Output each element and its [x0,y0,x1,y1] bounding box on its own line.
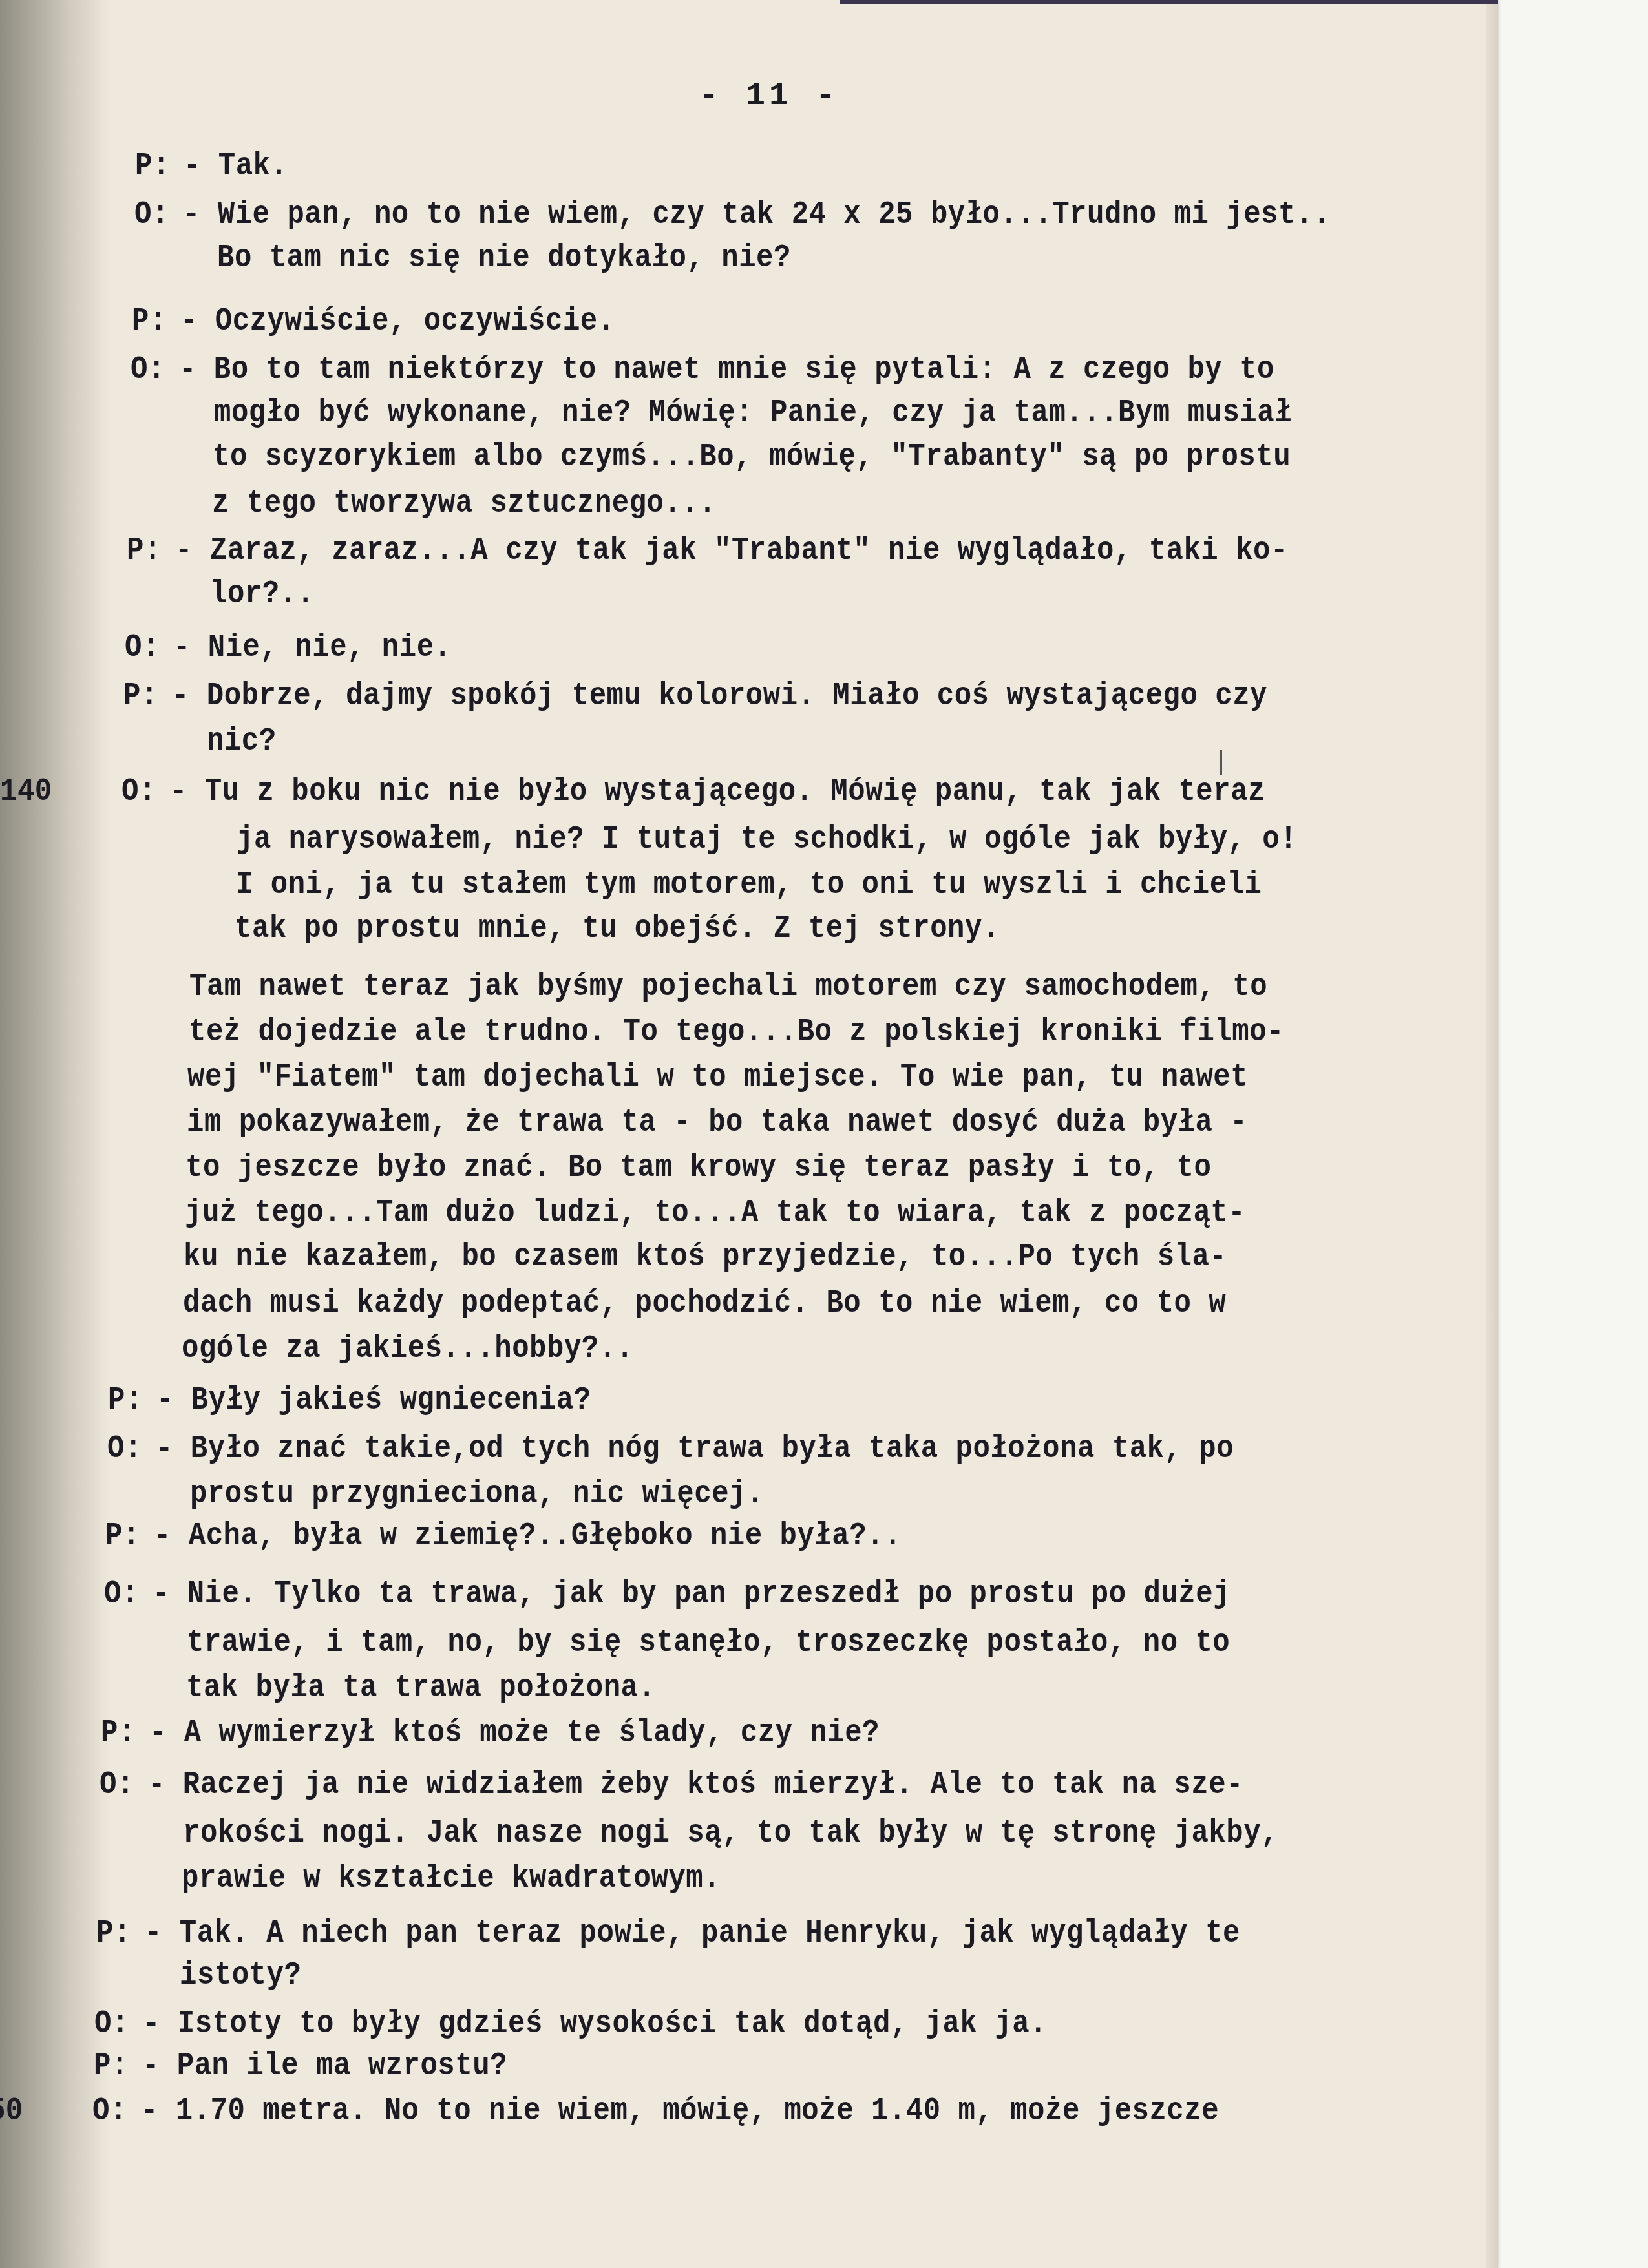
utterance-text: - 1.70 metra. No to nie wiem, mówię, moż… [141,2094,1219,2130]
utterance-text: im pokazywałem, że trawa ta - bo taka na… [187,1105,1247,1141]
utterance-text: ogóle za jakieś...hobby?.. [182,1331,634,1367]
speaker-label: O: [134,197,169,233]
utterance-text: - Oczywiście, oczywiście. [180,304,615,340]
utterance-text: Bo tam nic się nie dotykało, nie? [217,240,791,277]
speaker-label: P: [123,678,158,715]
speaker-label: O: [121,774,156,810]
margin-line-number: 140 [0,774,52,810]
utterance-text: Tam nawet teraz jak byśmy pojechali moto… [189,969,1267,1005]
speaker-label: P: [127,533,162,569]
utterance-text: - Były jakieś wgniecenia? [156,1383,591,1419]
utterance-text: - Tak. A niech pan teraz powie, panie He… [145,1916,1240,1952]
speaker-label: P: [96,1916,131,1952]
utterance-text: nic? [207,724,277,760]
utterance-text: - Nie, nie, nie. [173,630,451,666]
speaker-label: O: [125,630,160,666]
speaker-label: O: [104,1577,139,1613]
speaker-label: O: [100,1767,134,1803]
utterance-text: - Dobrze, dajmy spokój temu kolorowi. Mi… [172,678,1267,715]
utterance-text: rokości nogi. Jak nasze nogi są, to tak … [183,1816,1278,1852]
typewritten-page: - 11 - P:- Tak.O:- Wie pan, no to nie wi… [0,0,1498,2268]
utterance-text: prostu przygnieciona, nic więcej. [190,1476,764,1513]
utterance-text: mogło być wykonane, nie? Mówię: Panie, c… [214,395,1292,432]
utterance-text: - Bo to tam niektórzy to nawet mnie się … [179,352,1274,388]
utterance-text: prawie w kształcie kwadratowym. [182,1861,721,1897]
utterance-text: - Wie pan, no to nie wiem, czy tak 24 x … [183,197,1331,233]
utterance-text: trawie, i tam, no, by się stanęło, trosz… [187,1625,1230,1661]
page-right-edge [1486,4,1498,2268]
utterance-text: - Nie. Tylko ta trawa, jak by pan przesz… [153,1577,1231,1613]
speaker-label: P: [94,2048,129,2084]
utterance-text: - Zaraz, zaraz...A czy tak jak "Trabant"… [175,533,1288,569]
utterance-text: - Pan ile ma wzrostu? [142,2048,507,2084]
utterance-text: z tego tworzywa sztucznego... [212,486,716,522]
margin-line-number: 150 [0,2094,23,2130]
utterance-text: - A wymierzył ktoś może te ślady, czy ni… [149,1716,880,1752]
utterance-text: I oni, ja tu stałem tym motorem, to oni … [236,867,1262,903]
speaker-label: O: [131,352,165,388]
utterance-text: też dojedzie ale trudno. To tego...Bo z … [189,1014,1284,1051]
page-number: - 11 - [646,78,892,114]
utterance-text: wej "Fiatem" tam dojechali w to miejsce.… [187,1060,1248,1096]
utterance-text: to jeszcze było znać. Bo tam krowy się t… [185,1150,1211,1186]
speaker-label: P: [135,149,170,185]
utterance-text: istoty? [180,1958,301,1994]
utterance-text: ku nie kazałem, bo czasem ktoś przyjedzi… [184,1239,1227,1276]
utterance-text: - Istoty to były gdzieś wysokości tak do… [143,2006,1047,2042]
speaker-label: O: [107,1431,142,1467]
utterance-text: już tego...Tam dużo ludzi, to...A tak to… [185,1195,1245,1232]
speaker-label: O: [92,2094,127,2130]
speaker-label: P: [105,1518,140,1555]
utterance-text: - Acha, była w ziemię?..Głęboko nie była… [154,1518,902,1555]
utterance-text: tak po prostu mnie, tu obejść. Z tej str… [235,911,1000,947]
utterance-text: - Raczej ja nie widziałem żeby ktoś mier… [148,1767,1243,1803]
utterance-text: to scyzorykiem albo czymś...Bo, mówię, "… [213,439,1291,476]
utterance-text: - Tu z boku nic nie było wystającego. Mó… [170,774,1265,810]
pen-mark [1220,750,1222,775]
page-top-edge [840,0,1498,4]
speaker-label: P: [101,1716,136,1752]
utterance-text: - Było znać takie,od tych nóg trawa była… [156,1431,1234,1467]
speaker-label: P: [108,1383,143,1419]
utterance-text: - Tak. [184,149,288,185]
speaker-label: O: [94,2006,129,2042]
utterance-text: tak była ta trawa położona. [186,1670,655,1706]
utterance-text: ja narysowałem, nie? I tutaj te schodki,… [237,822,1297,858]
utterance-text: lor?.. [210,576,314,613]
page-binding-shadow [0,0,110,2268]
speaker-label: P: [132,304,167,340]
utterance-text: dach musi każdy podeptać, pochodzić. Bo … [183,1286,1226,1322]
